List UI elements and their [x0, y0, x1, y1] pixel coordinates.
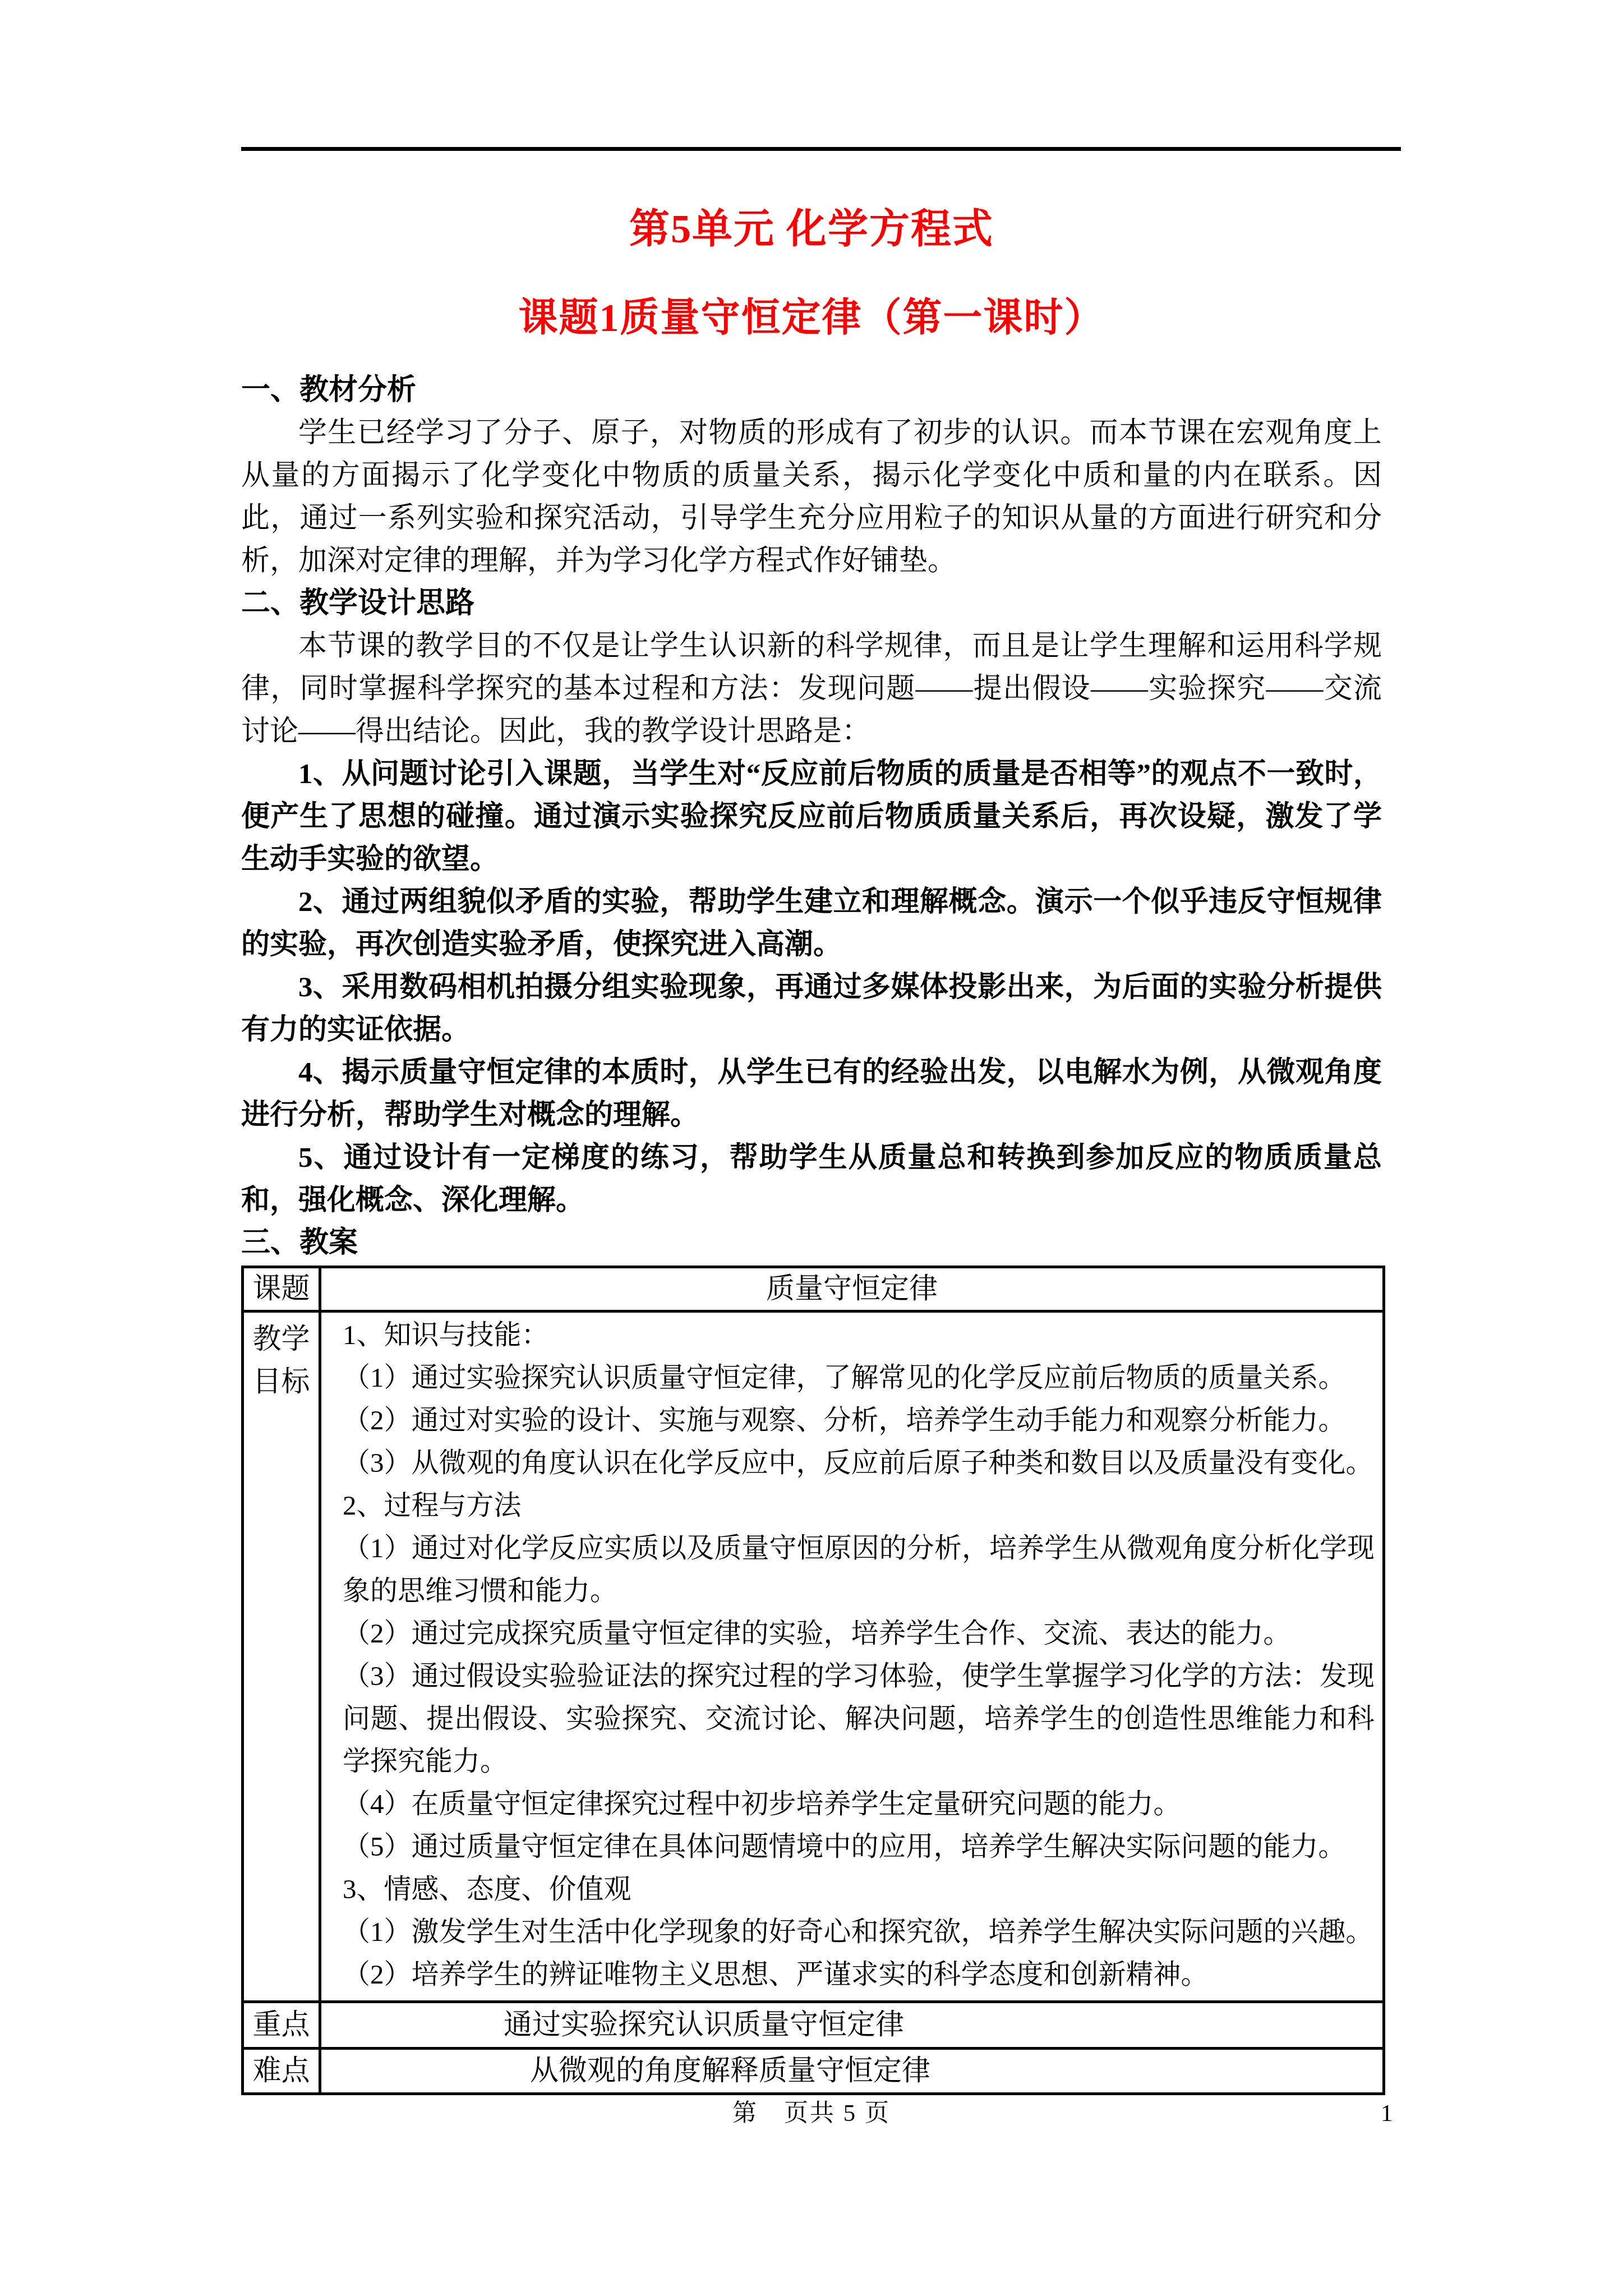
- section1-heading: 一、教材分析: [241, 369, 1382, 412]
- difficulty-label-cell: 难点: [243, 2049, 320, 2094]
- goal-line: （2）通过对实验的设计、实施与观察、分析，培养学生动手能力和观察分析能力。: [343, 1399, 1375, 1442]
- goal-line: 1、知识与技能：: [343, 1314, 1375, 1356]
- section3-heading: 三、教案: [241, 1222, 1382, 1264]
- goal-line: （1）通过实验探究认识质量守恒定律，了解常见的化学反应前后物质的质量关系。: [343, 1356, 1375, 1399]
- design-item-2: 2、通过两组貌似矛盾的实验，帮助学生建立和理解概念。演示一个似乎违反守恒规律的实…: [241, 881, 1382, 966]
- unit-title: 第5单元 化学方程式: [241, 195, 1382, 263]
- header-rule: [241, 147, 1401, 151]
- lesson-plan-table: 课题 质量守恒定律 教学目标 1、知识与技能： （1）通过实验探究认识质量守恒定…: [241, 1266, 1385, 2095]
- table-row-key-point: 重点 通过实验探究认识质量守恒定律: [243, 2002, 1384, 2049]
- document-body: 第5单元 化学方程式 课题1质量守恒定律（第一课时） 一、教材分析 学生已经学习…: [241, 195, 1382, 2095]
- key-point-label-cell: 重点: [243, 2002, 320, 2049]
- design-item-1: 1、从问题讨论引入课题，当学生对“反应前后物质的质量是否相等”的观点不一致时，便…: [241, 753, 1382, 881]
- topic-label-cell: 课题: [243, 1267, 320, 1312]
- table-row-topic: 课题 质量守恒定律: [243, 1267, 1384, 1312]
- design-item-4: 4、揭示质量守恒定律的本质时，从学生已有的经验出发，以电解水为例，从微观角度进行…: [241, 1051, 1382, 1137]
- design-item-5: 5、通过设计有一定梯度的练习，帮助学生从质量总和转换到参加反应的物质质量总和，强…: [241, 1137, 1382, 1222]
- section2-heading: 二、教学设计思路: [241, 582, 1382, 625]
- goal-line: 3、情感、态度、价值观: [343, 1868, 1375, 1911]
- goal-line: （2）通过完成探究质量守恒定律的实验，培养学生合作、交流、表达的能力。: [343, 1612, 1375, 1655]
- footer-page-field: 第 页共 5 页: [0, 2097, 1623, 2131]
- goal-line: （1）激发学生对生活中化学现象的好奇心和探究欲，培养学生解决实际问题的兴趣。: [343, 1911, 1375, 1953]
- difficulty-value-cell: 从微观的角度解释质量守恒定律: [320, 2049, 1384, 2094]
- design-item-3: 3、采用数码相机拍摄分组实验现象，再通过多媒体投影出来，为后面的实验分析提供有力…: [241, 966, 1382, 1051]
- section2-paragraph: 本节课的教学目的不仅是让学生认识新的科学规律，而且是让学生理解和运用科学规律，同…: [241, 625, 1382, 753]
- topic-value-cell: 质量守恒定律: [320, 1267, 1384, 1312]
- goal-line: （2）培养学生的辨证唯物主义思想、严谨求实的科学态度和创新精神。: [343, 1953, 1375, 1996]
- page-footer: 第 页共 5 页 1: [0, 2097, 1623, 2131]
- goal-line: 2、过程与方法: [343, 1484, 1375, 1527]
- table-row-difficulty: 难点 从微观的角度解释质量守恒定律: [243, 2049, 1384, 2094]
- goal-line: （1）通过对化学反应实质以及质量守恒原因的分析，培养学生从微观角度分析化学现象的…: [343, 1527, 1375, 1612]
- goal-line: （5）通过质量守恒定律在具体问题情境中的应用，培养学生解决实际问题的能力。: [343, 1825, 1375, 1868]
- key-point-value-cell: 通过实验探究认识质量守恒定律: [320, 2002, 1384, 2049]
- lesson-title: 课题1质量守恒定律（第一课时）: [241, 285, 1382, 352]
- table-row-goals: 教学目标 1、知识与技能： （1）通过实验探究认识质量守恒定律，了解常见的化学反…: [243, 1312, 1384, 2002]
- goal-line: （4）在质量守恒定律探究过程中初步培养学生定量研究问题的能力。: [343, 1783, 1375, 1825]
- footer-page-number: 1: [1381, 2097, 1393, 2131]
- goal-label-cell: 教学目标: [243, 1312, 320, 2002]
- document-page: 第5单元 化学方程式 课题1质量守恒定律（第一课时） 一、教材分析 学生已经学习…: [0, 0, 1623, 2296]
- goal-line: （3）从微观的角度认识在化学反应中，反应前后原子种类和数目以及质量没有变化。: [343, 1442, 1375, 1484]
- goal-line: （3）通过假设实验验证法的探究过程的学习体验，使学生掌握学习化学的方法：发现问题…: [343, 1655, 1375, 1783]
- section1-paragraph: 学生已经学习了分子、原子，对物质的形成有了初步的认识。而本节课在宏观角度上从量的…: [241, 412, 1382, 582]
- goal-content-cell: 1、知识与技能： （1）通过实验探究认识质量守恒定律，了解常见的化学反应前后物质…: [320, 1312, 1384, 2002]
